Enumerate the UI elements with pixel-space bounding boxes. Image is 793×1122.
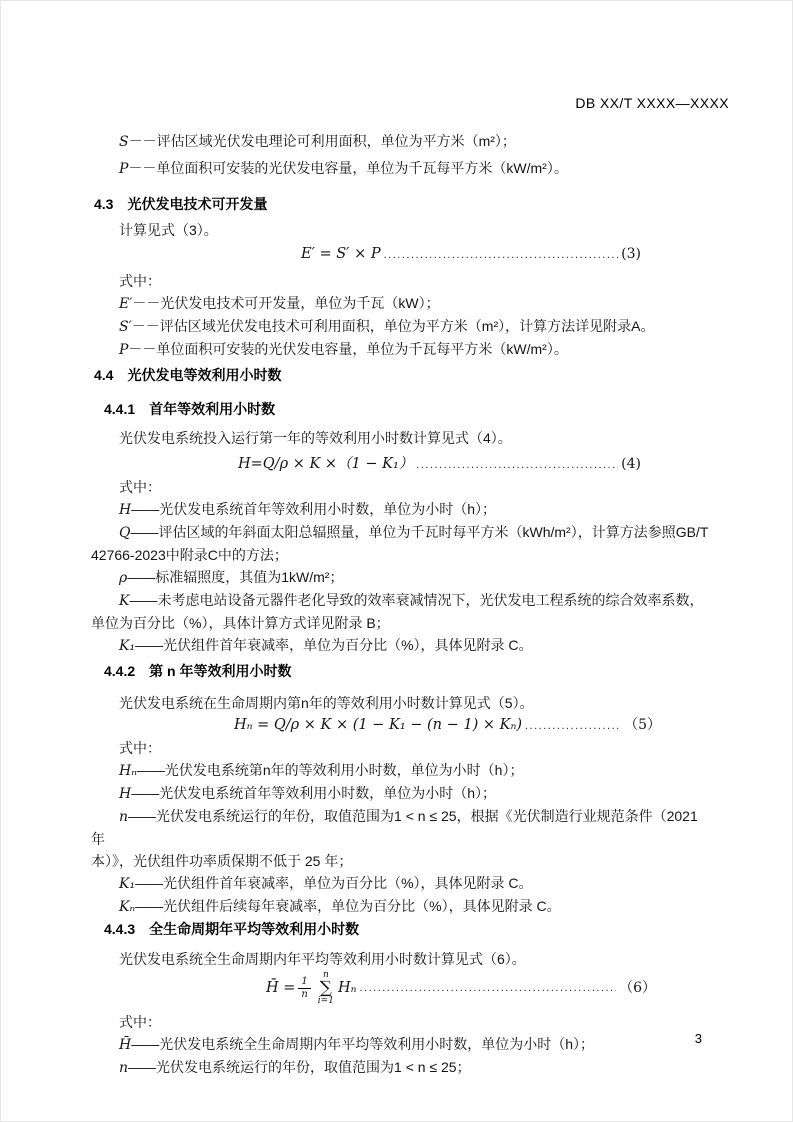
fraction: 1n xyxy=(298,976,310,1000)
where-label: 式中： xyxy=(91,1011,709,1033)
definition-text: ——光伏发电系统全生命周期内年平均等效利用小时数，单位为小时（h）； xyxy=(131,1036,594,1052)
summation: n∑i=1 xyxy=(318,971,334,1006)
dot-leader: ........................................… xyxy=(359,977,616,999)
definition-line-p: P－－单位面积可安装的光伏发电容量，单位为千瓦每平方米（kW/m²）。 xyxy=(91,157,709,180)
formula-rhs: Hₙ xyxy=(338,977,357,999)
definition-line-hn: Hₙ——光伏发电系统第n年的等效利用小时数，单位为小时（h）； xyxy=(91,759,709,782)
section-heading-4-3: 4.3光伏发电技术可开发量 xyxy=(91,193,709,215)
formula-intro: 光伏发电系统全生命周期内年平均等效利用小时数计算见式（6）。 xyxy=(91,948,709,970)
definition-text: ——光伏组件首年衰减率，单位为百分比（%），具体见附录 C。 xyxy=(135,875,532,891)
variable-term: S xyxy=(119,134,129,150)
variable-term: ρ xyxy=(119,570,127,586)
formula-expression: H=Q/ρ × K ×（1 − K₁） xyxy=(238,453,413,475)
summation-lower-limit: i=1 xyxy=(318,997,334,1006)
dot-leader: ........................................… xyxy=(384,244,619,266)
definition-line-rho: ρ——标准辐照度，其值为1kW/m²； xyxy=(91,566,709,589)
page-content: S－－评估区域光伏发电理论可利用面积，单位为平方米（m²）； P－－单位面积可安… xyxy=(91,123,709,1079)
definition-line-k: K——未考虑电站设备元器件老化导致的效率衰减情况下，光伏发电工程系统的综合效率系… xyxy=(91,589,709,634)
dot-leader: ........................................… xyxy=(525,715,621,737)
fraction-numerator: 1 xyxy=(298,976,310,989)
section-title: 光伏发电等效利用小时数 xyxy=(127,367,281,383)
variable-term: E′ xyxy=(119,296,132,312)
formula-number: （6） xyxy=(619,977,656,999)
document-code: DB XX/T XXXX—XXXX xyxy=(575,95,729,111)
section-title: 全生命周期年平均等效利用小时数 xyxy=(149,921,359,937)
sigma-symbol: ∑ xyxy=(320,980,332,997)
dot-leader: ........................................… xyxy=(416,454,618,476)
section-heading-4-4-3: 4.4.3全生命周期年平均等效利用小时数 xyxy=(91,918,709,940)
where-label: 式中： xyxy=(91,476,709,498)
formula-lhs: H̄ = xyxy=(266,977,295,999)
fraction-denominator: n xyxy=(301,989,307,1001)
definition-text: ——光伏发电系统第n年的等效利用小时数，单位为小时（h）； xyxy=(137,762,524,778)
section-number: 4.3 xyxy=(94,196,113,212)
definition-text: ——光伏发电系统首年等效利用小时数，单位为小时（h）； xyxy=(131,501,496,517)
variable-term: K₁ xyxy=(119,876,135,892)
definition-line-k1b: K₁——光伏组件首年衰减率，单位为百分比（%），具体见附录 C。 xyxy=(91,872,709,895)
variable-term: K xyxy=(119,593,129,609)
variable-term: Q xyxy=(119,525,130,541)
definition-text: ——未考虑电站设备元器件老化导致的效率衰减情况下，光伏发电工程系统的综合效率系数… xyxy=(91,592,703,631)
definition-line-s: S－－评估区域光伏发电理论可利用面积，单位为平方米（m²）； xyxy=(91,130,709,153)
variable-term: S′ xyxy=(119,319,132,335)
formula-intro: 光伏发电系统投入运行第一年的等效利用小时数计算见式（4）。 xyxy=(91,427,709,449)
formula-expression: Hₙ = Q/ρ × K × (1 − K₁ − (n − 1) × Kₙ) xyxy=(234,714,522,736)
formula-4: H=Q/ρ × K ×（1 − K₁）.....................… xyxy=(91,453,641,476)
formula-6: H̄ =1nn∑i=1Hₙ...........................… xyxy=(91,970,656,1006)
section-title: 光伏发电技术可开发量 xyxy=(127,196,267,212)
variable-term: H xyxy=(119,502,131,518)
variable-term: H̄ xyxy=(119,1037,131,1053)
section-title: 第 n 年等效利用小时数 xyxy=(149,663,291,679)
formula-intro: 计算见式（3）。 xyxy=(91,219,709,241)
definition-line-n: n——光伏发电系统运行的年份，取值范围为1 < n ≤ 25，根据《光伏制造行业… xyxy=(91,805,709,872)
definition-line-n2: n——光伏发电系统运行的年份，取值范围为1 < n ≤ 25； xyxy=(91,1056,709,1079)
where-label: 式中： xyxy=(91,270,709,292)
variable-term: Hₙ xyxy=(119,763,137,779)
definition-text: －－评估区域光伏发电理论可利用面积，单位为平方米（m²）； xyxy=(129,133,516,149)
variable-term: P xyxy=(119,342,128,358)
definition-line-s2: S′－－评估区域光伏发电技术可利用面积，单位为平方米（m²），计算方法详见附录A… xyxy=(91,315,709,338)
section-heading-4-4: 4.4光伏发电等效利用小时数 xyxy=(91,364,709,386)
section-number: 4.4 xyxy=(94,367,113,383)
formula-3: E′ = S′ × P.............................… xyxy=(91,243,641,266)
definition-text: ——标准辐照度，其值为1kW/m²； xyxy=(127,569,343,585)
section-number: 4.4.2 xyxy=(104,663,135,679)
definition-line-kn: Kₙ——光伏组件后续每年衰减率，单位为百分比（%），具体见附录 C。 xyxy=(91,895,709,918)
formula-number: (4) xyxy=(621,453,641,475)
where-label: 式中： xyxy=(91,737,709,759)
definition-text: －－光伏发电技术可开发量，单位为千瓦（kW）； xyxy=(132,295,439,311)
section-heading-4-4-2: 4.4.2第 n 年等效利用小时数 xyxy=(91,660,709,682)
definition-text: －－单位面积可安装的光伏发电容量，单位为千瓦每平方米（kW/m²）。 xyxy=(128,160,567,176)
page-number: 3 xyxy=(695,1031,702,1046)
definition-text: ——光伏组件后续每年衰减率，单位为百分比（%），具体见附录 C。 xyxy=(135,898,560,914)
definition-text: －－单位面积可安装的光伏发电容量，单位为千瓦每平方米（kW/m²）。 xyxy=(128,341,567,357)
definition-line-k1: K₁——光伏组件首年衰减率，单位为百分比（%），具体见附录 C。 xyxy=(91,634,709,657)
definition-text: ——光伏组件首年衰减率，单位为百分比（%），具体见附录 C。 xyxy=(135,637,532,653)
definition-text: －－评估区域光伏发电技术可利用面积，单位为平方米（m²），计算方法详见附录A。 xyxy=(132,318,655,334)
section-title: 首年等效利用小时数 xyxy=(149,401,275,417)
definition-text: ——光伏发电系统首年等效利用小时数，单位为小时（h）； xyxy=(131,785,496,801)
definition-text: ——评估区域的年斜面太阳总辐照量，单位为千瓦时每平方米（kWh/m²），计算方法… xyxy=(91,524,708,563)
section-number: 4.4.1 xyxy=(104,401,135,417)
definition-line-hbar: H̄——光伏发电系统全生命周期内年平均等效利用小时数，单位为小时（h）； xyxy=(91,1033,709,1056)
section-heading-4-4-1: 4.4.1首年等效利用小时数 xyxy=(91,398,709,420)
definition-line-e: E′－－光伏发电技术可开发量，单位为千瓦（kW）； xyxy=(91,292,709,315)
definition-text: ——光伏发电系统运行的年份，取值范围为1 < n ≤ 25； xyxy=(128,1059,471,1075)
variable-term: n xyxy=(119,1060,128,1076)
variable-term: H xyxy=(119,786,131,802)
formula-5: Hₙ = Q/ρ × K × (1 − K₁ − (n − 1) × Kₙ)..… xyxy=(91,714,661,737)
formula-number: (3) xyxy=(621,243,641,265)
definition-text: ——光伏发电系统运行的年份，取值范围为1 < n ≤ 25，根据《光伏制造行业规… xyxy=(91,808,698,869)
definition-line-q: Q——评估区域的年斜面太阳总辐照量，单位为千瓦时每平方米（kWh/m²），计算方… xyxy=(91,521,709,566)
section-number: 4.4.3 xyxy=(104,921,135,937)
definition-line-h: H——光伏发电系统首年等效利用小时数，单位为小时（h）； xyxy=(91,498,709,521)
variable-term: P xyxy=(119,161,128,177)
document-page: DB XX/T XXXX—XXXX S－－评估区域光伏发电理论可利用面积，单位为… xyxy=(0,0,793,1122)
definition-line-p2: P－－单位面积可安装的光伏发电容量，单位为千瓦每平方米（kW/m²）。 xyxy=(91,338,709,361)
variable-term: K₁ xyxy=(119,638,135,654)
formula-intro: 光伏发电系统在生命周期内第n年的等效利用小时数计算见式（5）。 xyxy=(91,692,709,714)
variable-term: Kₙ xyxy=(119,899,135,915)
formula-number: （5） xyxy=(624,714,661,736)
definition-line-h2: H——光伏发电系统首年等效利用小时数，单位为小时（h）； xyxy=(91,782,709,805)
variable-term: n xyxy=(119,809,128,825)
formula-expression: E′ = S′ × P xyxy=(301,243,381,265)
